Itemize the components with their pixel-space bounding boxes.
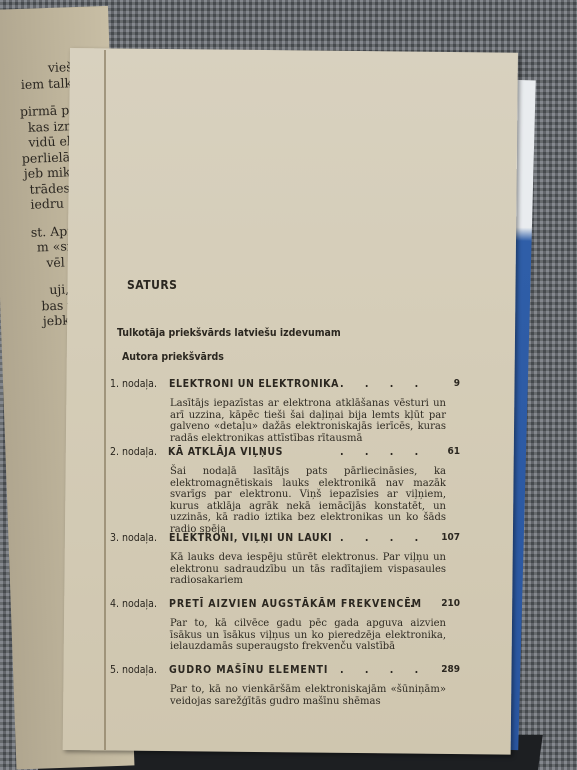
toc-chapter: 5. nodaļa. GUDRO MAŠĪNU ELEMENTI . . . .… bbox=[110, 664, 460, 707]
toc-translator-preface: Tulkotāja priekšvārds latviešu izdevumam bbox=[117, 327, 341, 339]
chapter-number: 5. nodaļa. bbox=[110, 664, 157, 676]
toc-chapter: 4. nodaļa. PRETĪ AIZVIEN AUGSTĀKĀM FREKV… bbox=[110, 598, 460, 653]
leader-dots: . . . . . . . bbox=[340, 446, 426, 458]
chapter-page: 107 bbox=[441, 532, 460, 543]
chapter-title: GUDRO MAŠĪNU ELEMENTI bbox=[169, 664, 328, 676]
chapter-page: 61 bbox=[447, 446, 460, 457]
chapter-title: ELEKTRONI UN ELEKTRONIKA bbox=[169, 378, 339, 390]
toc-chapter: 2. nodaļa. KĀ ATKLĀJA VIĻŅUS . . . . . .… bbox=[110, 446, 460, 535]
chapter-description: Kā lauks deva iespēju stūrēt elektronus.… bbox=[170, 552, 446, 587]
chapter-title: ELEKTRONI, VIĻŅI UN LAUKI bbox=[169, 532, 332, 544]
chapter-number: 4. nodaļa. bbox=[110, 598, 157, 610]
leader-dots: . . . . . . . bbox=[340, 378, 426, 390]
chapter-number: 2. nodaļa. bbox=[110, 446, 157, 458]
chapter-page: 289 bbox=[441, 664, 460, 675]
chapter-title: PRETĪ AIZVIEN AUGSTĀKĀM FREKVENCĒM bbox=[169, 598, 422, 610]
leader-dots: . . . . . . . bbox=[410, 598, 426, 610]
toc-author-preface: Autora priekšvārds bbox=[122, 351, 224, 363]
chapter-number: 3. nodaļa. bbox=[110, 532, 157, 544]
chapter-description: Par to, kā no vienkāršām elektroniskajām… bbox=[170, 684, 446, 707]
toc-heading: SATURS bbox=[127, 278, 177, 292]
chapter-description: Lasītājs iepazīstas ar elektrona atklāša… bbox=[170, 398, 446, 444]
leader-dots: . . . . . . . bbox=[340, 532, 426, 544]
chapter-title: KĀ ATKLĀJA VIĻŅUS bbox=[168, 446, 283, 458]
toc-chapter: 3. nodaļa. ELEKTRONI, VIĻŅI UN LAUKI . .… bbox=[110, 532, 460, 587]
chapter-page: 210 bbox=[441, 598, 460, 609]
chapter-description: Par to, kā cilvēce gadu pēc gada apguva … bbox=[170, 618, 446, 653]
toc-chapter: 1. nodaļa. ELEKTRONI UN ELEKTRONIKA . . … bbox=[110, 378, 460, 444]
chapter-description: Šai nodaļā lasītājs pats pārliecināsies,… bbox=[170, 466, 446, 535]
chapter-page: 9 bbox=[454, 378, 460, 389]
leader-dots: . . . . . . . bbox=[340, 664, 426, 676]
chapter-number: 1. nodaļa. bbox=[110, 378, 157, 390]
binding-seam bbox=[104, 50, 106, 750]
